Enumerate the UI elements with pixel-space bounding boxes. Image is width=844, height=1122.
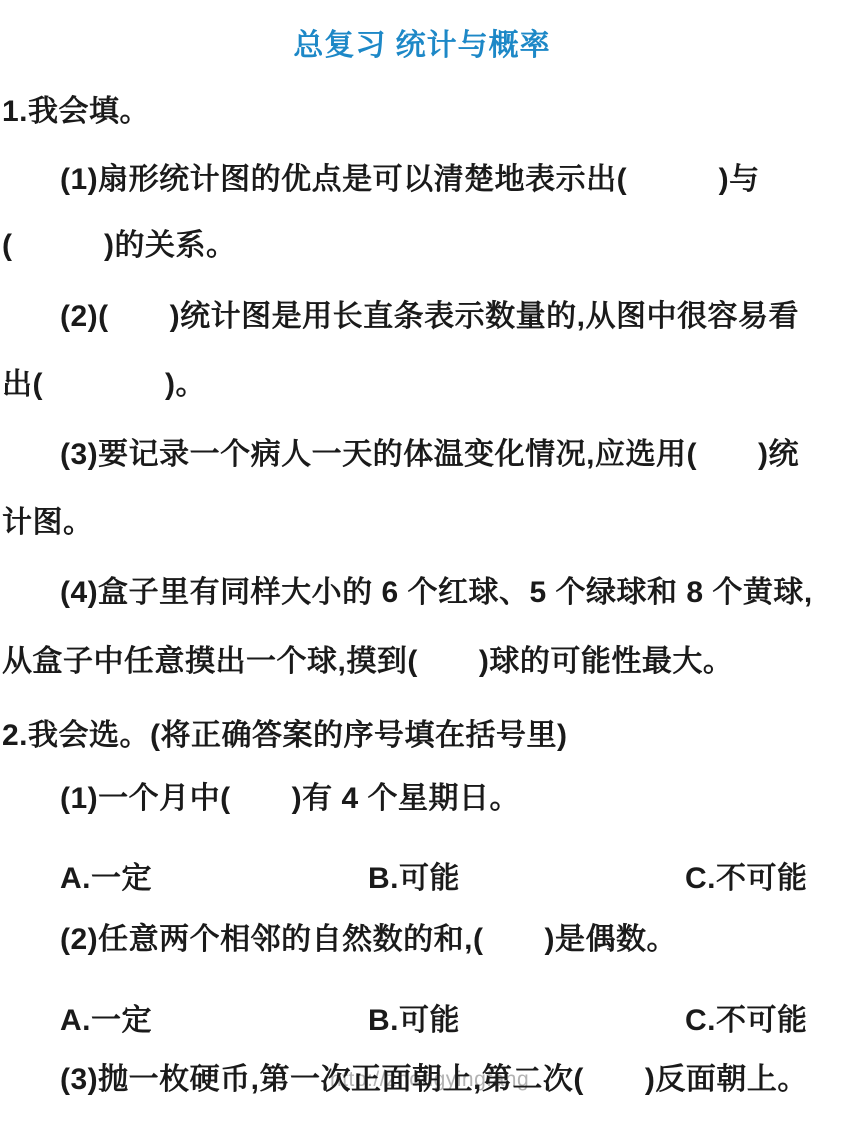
fill-q1-line1: (1)扇形统计图的优点是可以清楚地表示出( )与 — [60, 163, 760, 197]
fill-q2-line1: (2)( )统计图是用长直条表示数量的,从图中很容易看 — [60, 300, 799, 334]
fill-q3-line1: (3)要记录一个病人一天的体温变化情况,应选用( )统 — [60, 438, 799, 472]
choice-q1-line: (1)一个月中( )有 4 个星期日。 — [60, 782, 520, 816]
section1-heading: 1.我会填。 — [2, 86, 150, 130]
fill-q4-line2: 从盒子中任意摸出一个球,摸到( )球的可能性最大。 — [2, 645, 733, 679]
choice-q1-option-a: A.一定 — [60, 853, 152, 897]
choice-q3-line: (3)抛一枚硬币,第一次正面朝上,第二次( )反面朝上。 — [60, 1063, 808, 1097]
worksheet-page: http://zhongyingfang 总复习 统计与概率 1.我会填。 (1… — [0, 0, 844, 1122]
choice-q2-option-b: B.可能 — [368, 995, 460, 1039]
fill-q2-line2: 出( )。 — [2, 368, 206, 402]
choice-q2-option-c: C.不可能 — [685, 995, 808, 1039]
choice-q2-option-a: A.一定 — [60, 995, 152, 1039]
choice-q2-options: A.一定 B.可能 C.不可能 — [0, 995, 844, 1031]
choice-q1-option-c: C.不可能 — [685, 853, 808, 897]
choice-q1-option-b: B.可能 — [368, 853, 460, 897]
fill-q1-line2: ( )的关系。 — [2, 229, 236, 263]
fill-q3-line2: 计图。 — [2, 506, 94, 540]
choice-q1-options: A.一定 B.可能 C.不可能 — [0, 853, 844, 889]
page-title: 总复习 统计与概率 — [0, 20, 844, 64]
section2-heading: 2.我会选。(将正确答案的序号填在括号里) — [2, 710, 568, 754]
choice-q2-line: (2)任意两个相邻的自然数的和,( )是偶数。 — [60, 923, 677, 957]
fill-q4-line1: (4)盒子里有同样大小的 6 个红球、5 个绿球和 8 个黄球, — [60, 576, 813, 610]
